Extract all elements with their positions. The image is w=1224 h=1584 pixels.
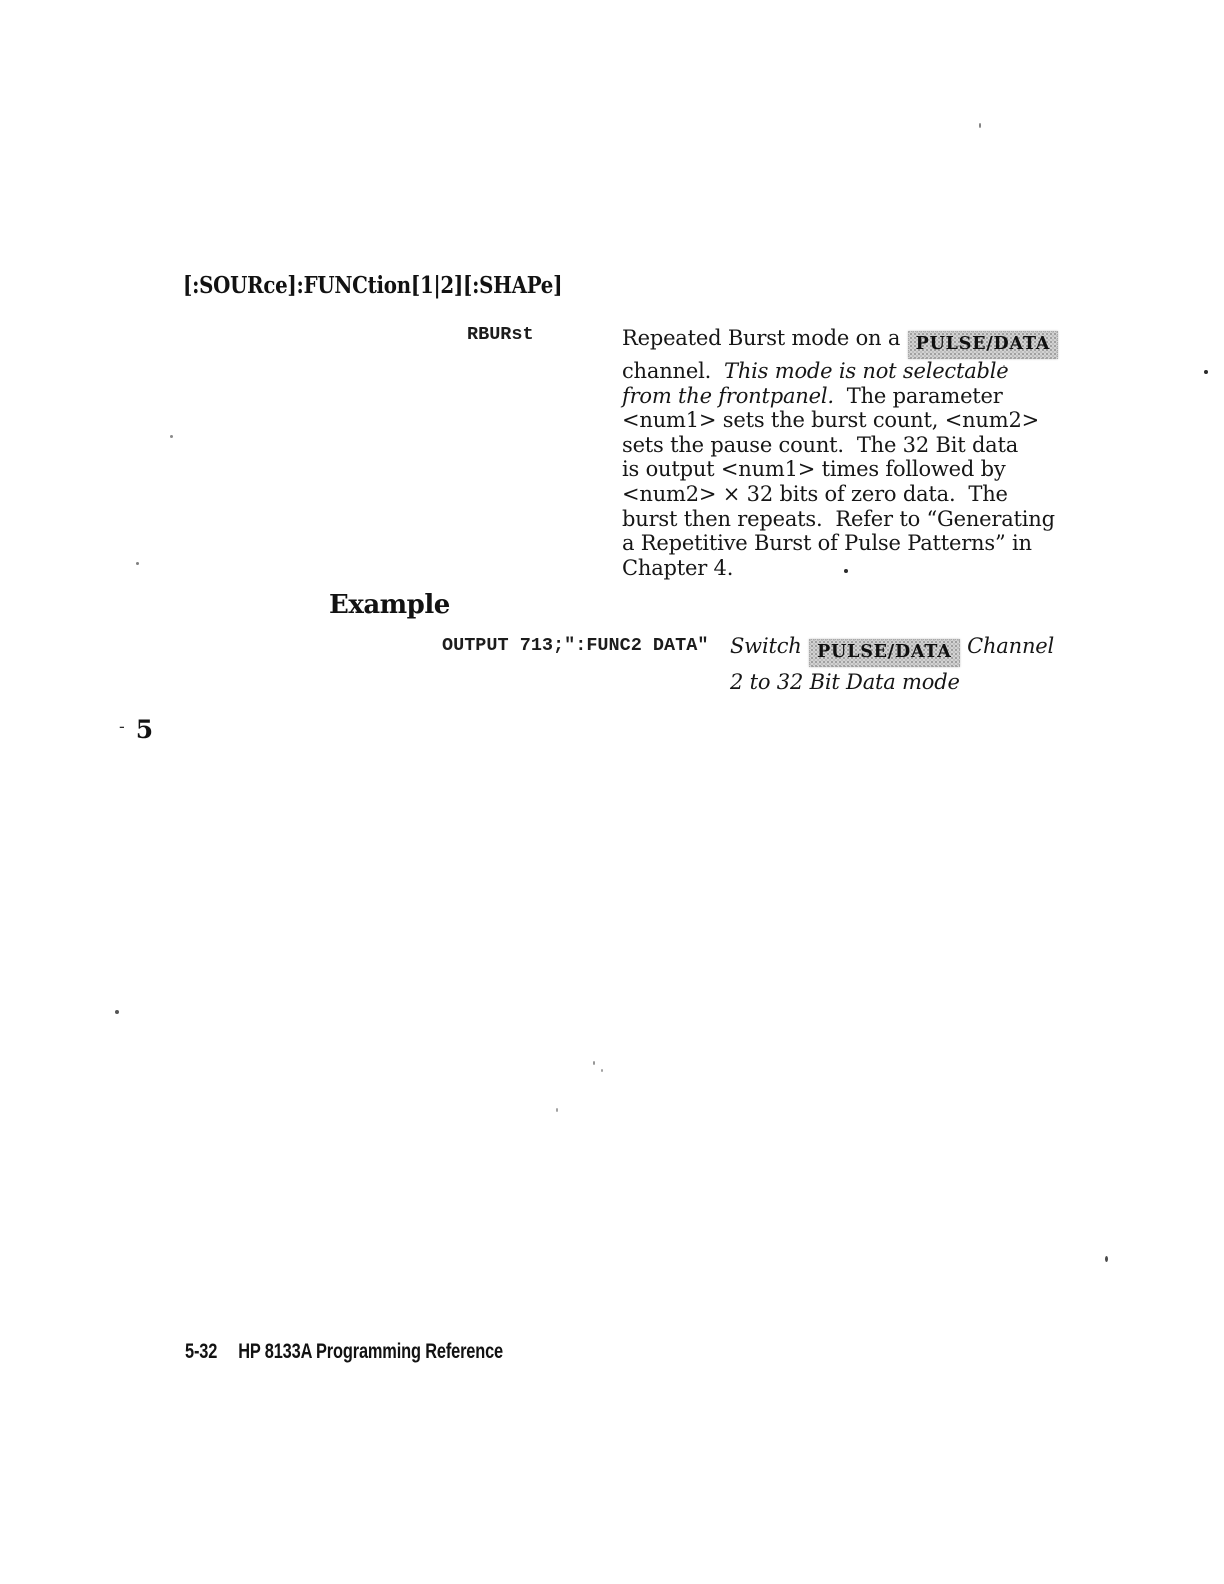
scan-speck: [979, 123, 981, 128]
text-segment: burst then repeats. Refer to “Generating: [622, 507, 1055, 531]
scan-speck: [1003, 365, 1005, 367]
text-segment: a Repetitive Burst of Pulse Patterns” in: [622, 531, 1032, 555]
scan-speck: [1204, 370, 1208, 374]
example-comment: Switch PULSE/DATA Channel2 to 32 Bit Dat…: [730, 631, 1030, 697]
footer-page-number: 5-32: [185, 1340, 217, 1363]
text-line: Switch PULSE/DATA Channel: [730, 631, 1030, 667]
parameter-description: Repeated Burst mode on a PULSE/DATAchann…: [622, 326, 1024, 580]
example-code: OUTPUT 713;":FUNC2 DATA": [442, 635, 708, 656]
pulse-data-keycap: PULSE/DATA: [908, 331, 1059, 359]
scan-speck: [170, 435, 173, 438]
text-line: 2 to 32 Bit Data mode: [730, 667, 1030, 697]
text-line: channel. This mode is not selectable: [622, 359, 1024, 384]
pulse-data-keycap: PULSE/DATA: [809, 639, 960, 667]
text-line: is output <num1> times followed by: [622, 457, 1024, 482]
text-line: Repeated Burst mode on a PULSE/DATA: [622, 326, 1024, 359]
text-line: <num1> sets the burst count, <num2>: [622, 408, 1024, 433]
text-segment: is output <num1> times followed by: [622, 457, 1006, 481]
text-line: a Repetitive Burst of Pulse Patterns” in: [622, 531, 1024, 556]
chapter-tab: - 5: [119, 717, 153, 742]
parameter-name: RBURst: [467, 324, 534, 345]
text-segment: Chapter 4.: [622, 556, 733, 580]
text-line: burst then repeats. Refer to “Generating: [622, 507, 1024, 532]
text-segment: <num1> sets the burst count, <num2>: [622, 408, 1039, 432]
text-segment: The parameter: [834, 384, 1003, 408]
text-line: from the frontpanel. The parameter: [622, 384, 1024, 409]
page-footer: 5-32HP 8133A Programming Reference: [185, 1340, 503, 1364]
scan-speck: [556, 1108, 558, 1112]
chapter-tab-number: 5: [136, 717, 153, 742]
text-segment: Channel: [961, 634, 1054, 658]
text-segment: This mode is not selectable: [724, 359, 1009, 383]
scan-speck: [593, 1061, 595, 1065]
scan-speck: [136, 562, 139, 565]
text-segment: Repeated Burst mode on a: [622, 326, 907, 350]
scan-speck: [601, 1069, 603, 1072]
manual-page: [:SOURce]:FUNCtion[1|2][:SHAPe] RBURst R…: [0, 0, 1224, 1584]
text-line: sets the pause count. The 32 Bit data: [622, 433, 1024, 458]
text-segment: sets the pause count. The 32 Bit data: [622, 433, 1018, 457]
text-segment: 2 to 32 Bit Data mode: [730, 670, 960, 694]
text-line: <num2> × 32 bits of zero data. The: [622, 482, 1024, 507]
example-heading: Example: [329, 590, 450, 620]
scan-speck: [1105, 1256, 1108, 1262]
text-line: Chapter 4.: [622, 556, 1024, 581]
footer-title: HP 8133A Programming Reference: [238, 1340, 503, 1363]
command-syntax-heading: [:SOURce]:FUNCtion[1|2][:SHAPe]: [183, 272, 562, 299]
text-segment: from the frontpanel.: [622, 384, 834, 408]
chapter-tab-dash: -: [119, 719, 125, 736]
text-segment: channel.: [622, 359, 724, 383]
scan-speck: [844, 569, 848, 573]
text-segment: <num2> × 32 bits of zero data. The: [622, 482, 1008, 506]
scan-speck: [115, 1010, 119, 1014]
text-segment: Switch: [730, 634, 808, 658]
